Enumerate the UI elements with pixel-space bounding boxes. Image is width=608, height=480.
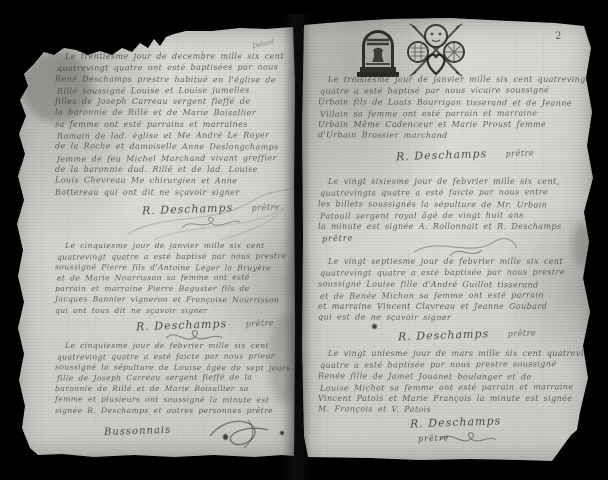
signature-subscript: prêtre xyxy=(418,433,450,443)
manuscript-line: Le cinquiesme jour de janvier mille six … xyxy=(55,241,293,252)
signature-text: R. Deschamps xyxy=(398,327,490,343)
signature-flourish-icon xyxy=(204,416,274,452)
marginal-note: Delard xyxy=(251,38,274,50)
manuscript-line: de la Roche et damoiselle Anne Deslongch… xyxy=(55,141,293,154)
manuscript-line: signée R. Deschamps et autres personnes … xyxy=(55,406,293,417)
signature-subscript: prêtre xyxy=(506,149,535,159)
manuscript-line: quatrevingt quatre ont esté baptisées pa… xyxy=(57,62,295,75)
manuscript-line: la minute est signée A. Rollonnait et R.… xyxy=(318,221,578,232)
page-number: 2 xyxy=(555,31,561,42)
manuscript-line: femme de feu Michel Marchand vivant gref… xyxy=(57,152,295,165)
manuscript-line: Jacques Bannier vigneron et Françoise No… xyxy=(55,294,293,306)
manuscript-line: la baronnie de Rillé et de Marie Boisall… xyxy=(55,107,293,120)
signature-text: R. Deschamps xyxy=(396,147,488,163)
manuscript-line: Louis Chevreau Me chirurgien et Anne xyxy=(55,175,293,188)
manuscript-line: baronnie de Rillé et de Marie Boisallier… xyxy=(55,384,293,395)
priest-signature: prêtre xyxy=(322,233,354,243)
manuscript-line: qui ont tous dit ne sçavoir signer xyxy=(55,306,293,317)
register-entry: Le vingt uniesme jour de mars mille six … xyxy=(318,348,578,416)
signature-text: R. Deschamps xyxy=(142,201,234,217)
priest-signature: R. Deschamps prêtre xyxy=(136,316,274,334)
signature-subscript: prêtre xyxy=(246,319,275,329)
ink-blot xyxy=(280,431,284,435)
signature-subscript: prêtre xyxy=(252,203,281,213)
register-entry: Le vingt septiesme jour de febvrier mill… xyxy=(318,256,578,324)
manuscript-line: Villain sa femme ont esté parrain et mar… xyxy=(320,107,580,120)
manuscript-line: de la baronnie dud. Rillé et de lad. Lou… xyxy=(55,164,293,175)
priest-signature: R. Deschamps prêtre xyxy=(398,326,536,344)
manuscript-line: femme et plusieurs ont soussigné la minu… xyxy=(55,394,293,406)
manuscript-line: qui est de ne sçavoir signer xyxy=(318,312,578,325)
manuscript-line: M. François et V. Patois xyxy=(318,404,578,417)
manuscript-line: quatrevingts quatre a esté faicte par no… xyxy=(320,186,580,199)
signature-text: R. Deschamps xyxy=(136,317,228,333)
priest-signature: R. Deschamps xyxy=(410,414,502,430)
ink-blot xyxy=(223,434,228,440)
heart-and-medallions-stamp-icon xyxy=(405,22,467,80)
right-page: 2 Le troisiesme jour de janvier mille si… xyxy=(300,16,594,466)
manuscript-line: et de Marie Nourrisson sa femme ont esté xyxy=(57,273,295,285)
signature-subscript: prêtre xyxy=(322,233,354,243)
manuscript-line: d'Urbain Brossier marchand xyxy=(318,130,578,143)
manuscript-line: quatrevingt quatre a esté baptisé par no… xyxy=(57,251,295,263)
manuscript-spread: Delard Le trentiesme jour de decembre mi… xyxy=(0,0,608,480)
manuscript-line: Le cinquiesme jour de febvrier mille six… xyxy=(55,341,293,352)
manuscript-line: quatre a esté baptisé par nous vicaire s… xyxy=(320,84,580,97)
manuscript-line: et de Renée Michon sa femme ont esté par… xyxy=(320,289,580,302)
manuscript-line: quatrevingt quatre a esté faicte par nou… xyxy=(57,351,295,363)
signature-text: Bussonnais xyxy=(104,425,172,438)
manuscript-line: Patouil sergent royal âgé de vingt huit … xyxy=(320,209,580,222)
manuscript-line: quatrevingt quatre a esté baptisée par n… xyxy=(320,266,580,279)
signature-subscript: prêtre xyxy=(508,329,537,339)
manuscript-line: Louise Michot sa femme ont esté parrain … xyxy=(320,381,580,394)
generalite-stamp-icon xyxy=(355,26,401,78)
register-entry: Le cinquiesme jour de febvrier mille six… xyxy=(55,341,293,417)
manuscript-line: fille de Joseph Carreau sergent fieffé d… xyxy=(57,373,295,385)
ink-blot xyxy=(372,324,377,329)
manuscript-line: Rillé soussigné Louise et Louise jumelle… xyxy=(57,84,295,97)
witness-signature: Bussonnais xyxy=(104,425,172,438)
register-entry: Le vingt sixiesme jour de febvrier mille… xyxy=(318,176,578,232)
manuscript-line: quatre a esté baptisée par nous prestre … xyxy=(320,358,580,371)
signature-text: R. Deschamps xyxy=(410,414,502,430)
register-entry: Le trentiesme jour de decembre mille six… xyxy=(55,51,293,198)
priest-signature: R. Deschamps prêtre xyxy=(142,200,280,218)
register-entry: Le troisiesme jour de janvier mille six … xyxy=(318,74,578,142)
priest-signature: prêtre xyxy=(418,433,450,443)
register-entry: Le cinquiesme jour de janvier mille six … xyxy=(55,241,293,317)
priest-signature: R. Deschamps prêtre xyxy=(396,146,534,164)
left-page: Delard Le trentiesme jour de decembre mi… xyxy=(14,24,296,460)
manuscript-line: sa femme ont esté parrains et marraines xyxy=(55,119,293,130)
manuscript-line: parrain et marraine Pierre Baguster fils… xyxy=(55,284,293,295)
manuscript-line: Bottereau qui ont dit ne sçavoir signer xyxy=(55,187,293,198)
